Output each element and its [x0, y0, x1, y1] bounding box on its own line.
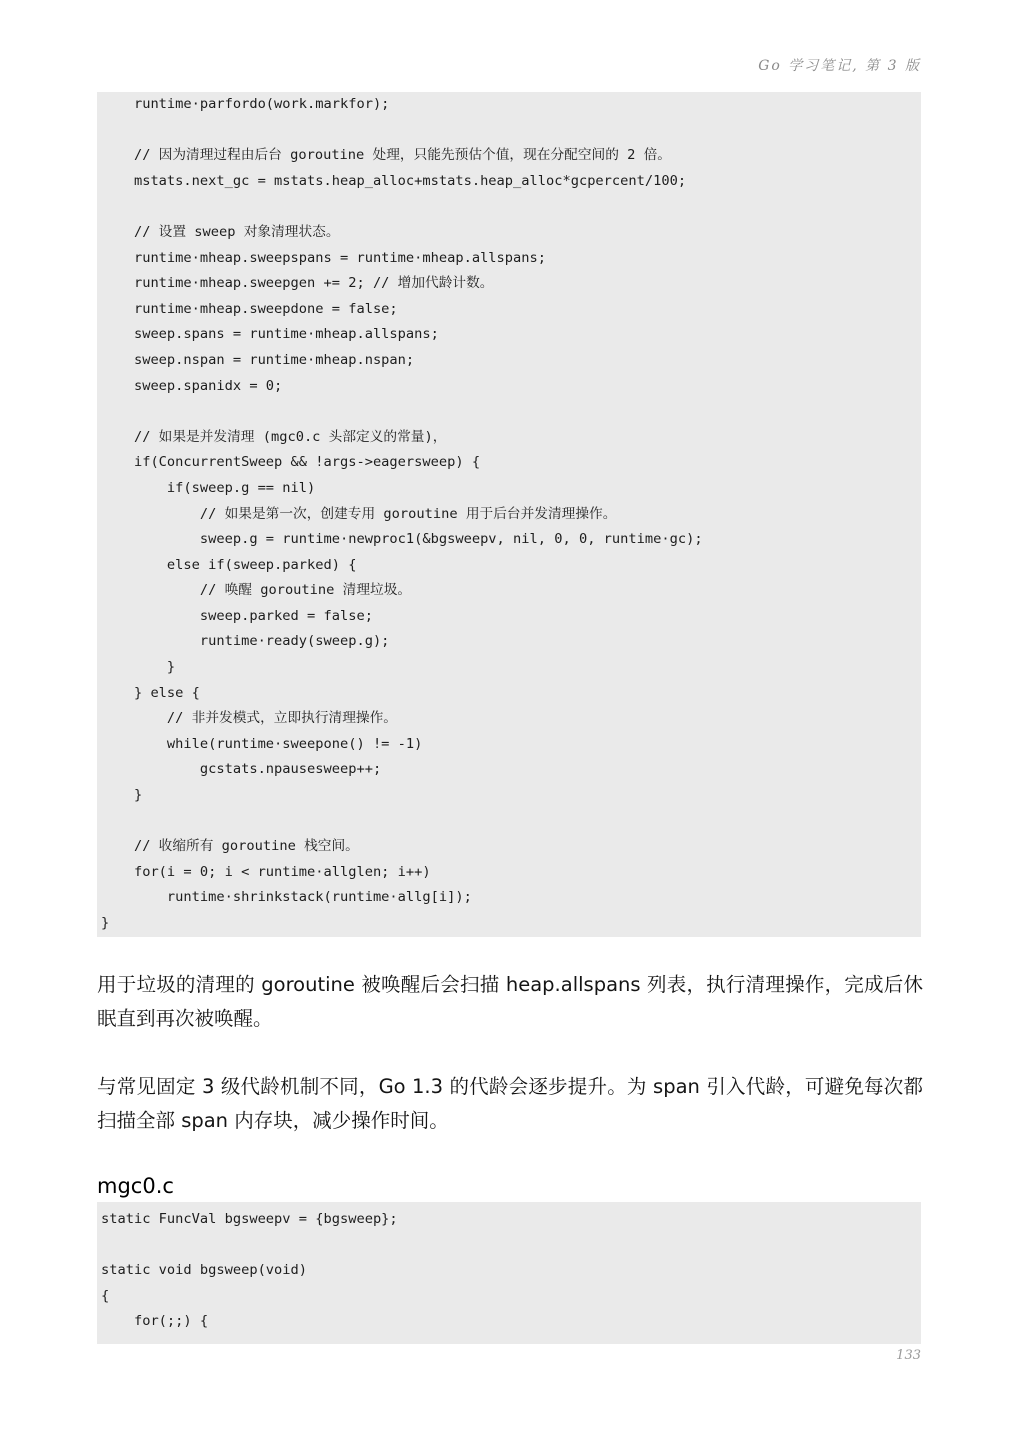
heading-mgc0-c: mgc0.c [97, 1174, 174, 1198]
page-number: 133 [896, 1348, 921, 1363]
page-footer: 133 [97, 1348, 921, 1363]
paragraph-span-generation: 与常见固定 3 级代龄机制不同，Go 1.3 的代龄会逐步提升。为 span 引… [97, 1070, 923, 1138]
book-page: Go 学习笔记, 第 3 版 runtime·parfordo(work.mar… [0, 0, 1018, 1440]
page-header: Go 学习笔记, 第 3 版 [97, 55, 921, 75]
code-block-bgsweep: static FuncVal bgsweepv = {bgsweep}; sta… [97, 1202, 921, 1344]
book-title: Go 学习笔记, 第 3 版 [758, 58, 921, 74]
paragraph-goroutine-sweep: 用于垃圾的清理的 goroutine 被唤醒后会扫描 heap.allspans… [97, 968, 923, 1036]
code-block-gc-sweep: runtime·parfordo(work.markfor); // 因为清理过… [97, 92, 921, 937]
